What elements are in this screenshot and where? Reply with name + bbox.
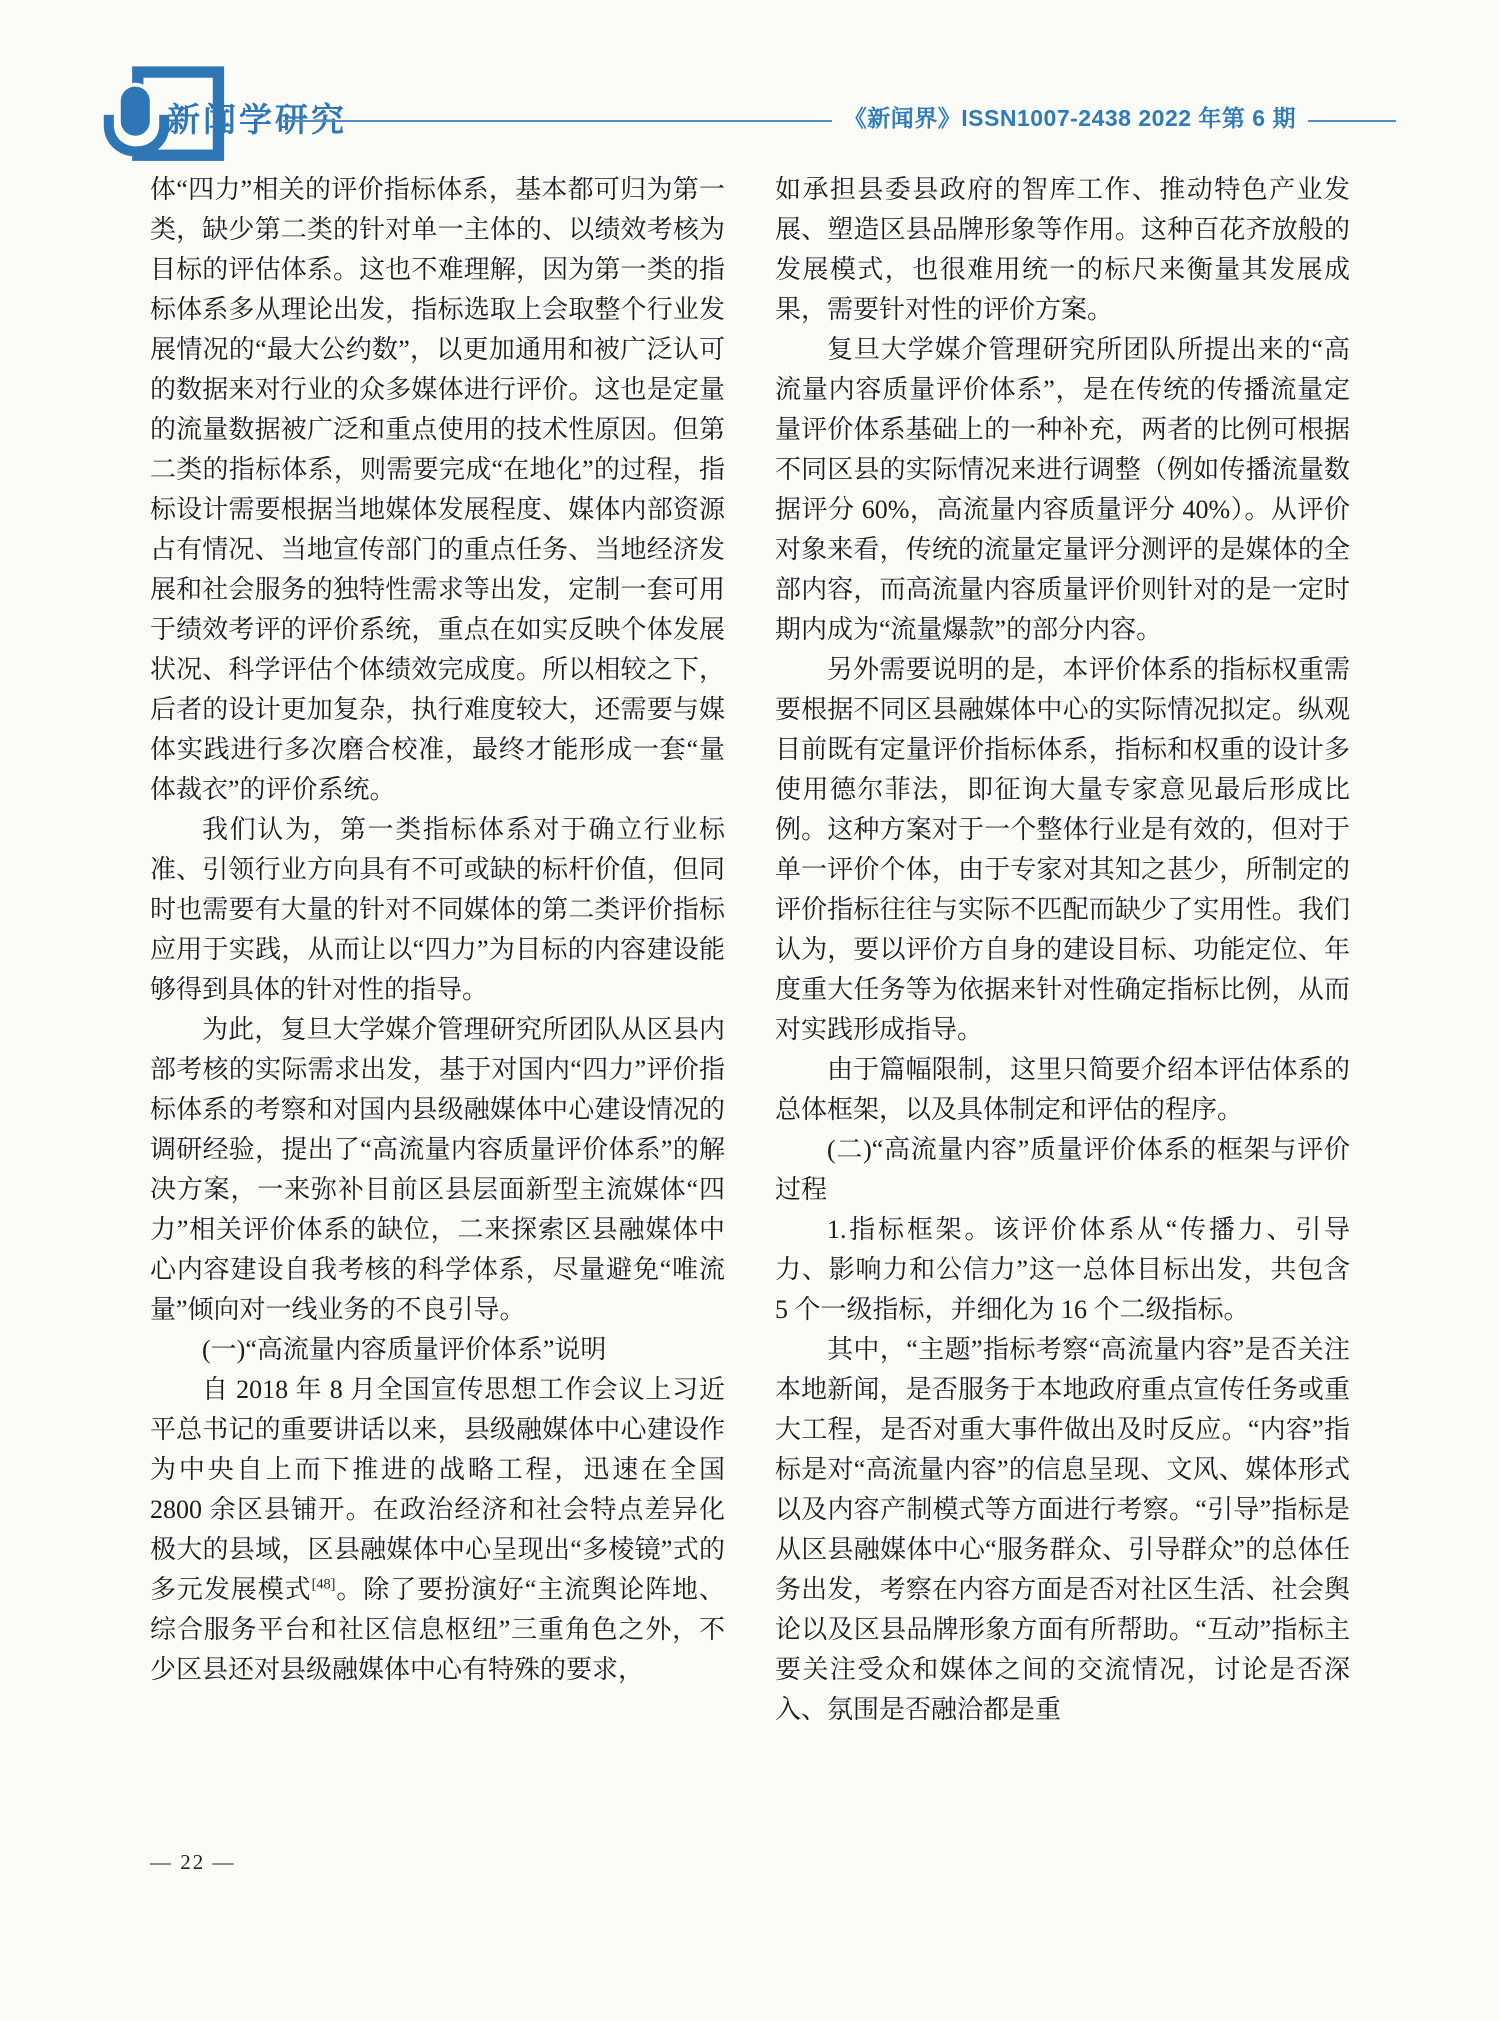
journal-issn-issue: 《新闻界》ISSN1007-2438 2022 年第 6 期 [844, 100, 1296, 133]
paragraph: 体“四力”相关的评价指标体系，基本都可归为第一类，缺少第二类的针对单一主体的、以… [150, 170, 725, 810]
paragraph: (一)“高流量内容质量评价体系”说明 [150, 1330, 725, 1370]
paragraph: 如承担县委县政府的智库工作、推动特色产业发展、塑造区县品牌形象等作用。这种百花齐… [775, 170, 1350, 330]
footnote-ref: [48] [312, 1576, 336, 1592]
header-rule: 《新闻界》ISSN1007-2438 2022 年第 6 期 [283, 98, 1396, 134]
journal-page: 新闻学研究 《新闻界》ISSN1007-2438 2022 年第 6 期 体“四… [0, 0, 1500, 2021]
paragraph: 为此，复旦大学媒介管理研究所团队从区县内部考核的实际需求出发，基于对国内“四力”… [150, 1010, 725, 1330]
left-column: 体“四力”相关的评价指标体系，基本都可归为第一类，缺少第二类的针对单一主体的、以… [150, 170, 725, 1730]
paragraph: 其中，“主题”指标考察“高流量内容”是否关注本地新闻，是否服务于本地政府重点宣传… [775, 1330, 1350, 1730]
article-body: 体“四力”相关的评价指标体系，基本都可归为第一类，缺少第二类的针对单一主体的、以… [150, 170, 1350, 1730]
paragraph: 另外需要说明的是，本评价体系的指标权重需要根据不同区县融媒体中心的实际情况拟定。… [775, 650, 1350, 1050]
paragraph: 我们认为，第一类指标体系对于确立行业标准、引领行业方向具有不可或缺的标杆价值，但… [150, 810, 725, 1010]
paragraph: 由于篇幅限制，这里只简要介绍本评估体系的总体框架，以及具体制定和评估的程序。 [775, 1050, 1350, 1130]
paragraph: 复旦大学媒介管理研究所团队所提出来的“高流量内容质量评价体系”，是在传统的传播流… [775, 330, 1350, 650]
paragraph: 自 2018 年 8 月全国宣传思想工作会议上习近平总书记的重要讲话以来，县级融… [150, 1370, 725, 1690]
right-column: 如承担县委县政府的智库工作、推动特色产业发展、塑造区县品牌形象等作用。这种百花齐… [775, 170, 1350, 1730]
paragraph: 1.指标框架。该评价体系从“传播力、引导力、影响力和公信力”这一总体目标出发，共… [775, 1210, 1350, 1330]
paragraph: (二)“高流量内容”质量评价体系的框架与评价过程 [775, 1130, 1350, 1210]
page-number: — 22 — [150, 1850, 236, 1875]
header-divider-left [283, 120, 832, 122]
header-divider-right [1308, 120, 1396, 122]
